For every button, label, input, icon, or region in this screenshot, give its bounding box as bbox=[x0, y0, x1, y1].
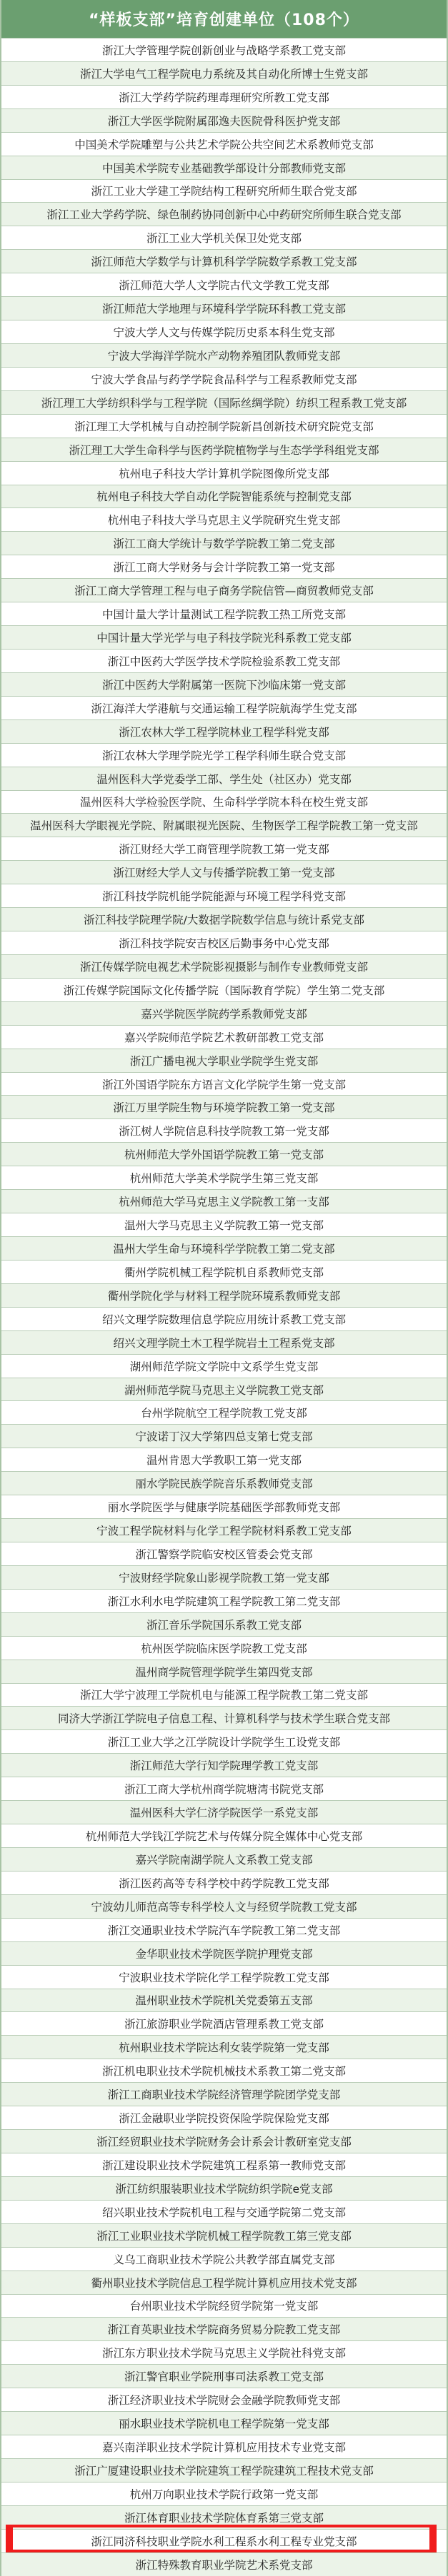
table-row: 温州商学院管理学院学生第四党支部 bbox=[1, 1660, 447, 1683]
table-row: 中国美术学院专业基础教学部设计分部教师党支部 bbox=[1, 156, 447, 179]
table-row: 宁波诺丁汉大学第四总支第七党支部 bbox=[1, 1424, 447, 1448]
branch-name: 丽水职业技术学院机电工程学院第一党支部 bbox=[119, 2415, 329, 2431]
branch-name: 温州医科大学眼视光学院、附属眼视光医院、生物医学工程学院教工第一党支部 bbox=[30, 817, 418, 833]
branch-name: 温州大学马克思主义学院教工第一党支部 bbox=[124, 1217, 324, 1233]
branch-name: 浙江东方职业技术学院马克思主义学院社科党支部 bbox=[102, 2345, 346, 2360]
branch-name: 中国美术学院专业基础教学部设计分部教师党支部 bbox=[102, 160, 346, 176]
branch-name: 浙江树人学院信息科技学院教工第一党支部 bbox=[119, 1123, 329, 1138]
table-row: 杭州师范大学马克思主义学院教工第一支部 bbox=[1, 1189, 447, 1213]
table-row: 嘉兴南洋职业技术学院计算机应用技术专业党支部 bbox=[1, 2435, 447, 2458]
table-row: 浙江大学电气工程学院电力系统及其自动化所博士生党支部 bbox=[1, 61, 447, 85]
table-row: 杭州师范大学钱江学院艺术与传媒分院全媒体中心党支部 bbox=[1, 1824, 447, 1847]
table-row: 宁波职业技术学院化学工程学院教工党支部 bbox=[1, 1965, 447, 1989]
table-row: 浙江科技学院理学院/大数据学院数学信息与统计系党支部 bbox=[1, 907, 447, 931]
branch-name: 衢州职业技术学院信息工程学院计算机应用技术党支部 bbox=[91, 2275, 357, 2290]
table-row: 浙江海洋大学港航与交通运输工程学院航海学生党支部 bbox=[1, 696, 447, 719]
branch-name: 浙江工业大学药学院、绿色制药协同创新中心中药研究所师生联合党支部 bbox=[46, 206, 401, 222]
branch-name: 杭州职业技术学院达利女装学院第一党支部 bbox=[119, 2039, 329, 2055]
table-row: 中国计量大学计量测试工程学院教工热工所党支部 bbox=[1, 602, 447, 625]
branch-name: 浙江水利水电学院建筑工程学院教工第二党支部 bbox=[108, 1593, 341, 1609]
table-row: 浙江大学宁波理工学院机电与能源工程学院教工第二党支部 bbox=[1, 1683, 447, 1707]
table-row: 浙江师范大学数学与计算机科学学院数学系教工党支部 bbox=[1, 249, 447, 273]
table-row: 嘉兴学院师范学院艺术教研部教工党支部 bbox=[1, 1025, 447, 1049]
table-row: 浙江交通职业技术学院汽车学院教工第二党支部 bbox=[1, 1918, 447, 1941]
branch-name: 浙江工商大学管理工程与电子商务学院信管—商贸教师党支部 bbox=[74, 582, 374, 598]
table-row: 丽水学院医学与健康学院基础医学部教师党支部 bbox=[1, 1495, 447, 1518]
branch-name: 浙江财经大学人文与传播学院教工第一党支部 bbox=[113, 864, 334, 880]
table-row: 浙江东方职业技术学院马克思主义学院社科党支部 bbox=[1, 2340, 447, 2364]
branch-name: 浙江工商大学财务与会计学院教工第一党支部 bbox=[113, 559, 334, 575]
branch-name: 浙江广厦建设职业技术学院建筑工程学院建筑工程技术党支部 bbox=[74, 2463, 374, 2478]
branch-name: 杭州师范大学马克思主义学院教工第一支部 bbox=[119, 1193, 329, 1209]
table-row: 浙江工商大学杭州商学院塘湾书院党支部 bbox=[1, 1777, 447, 1800]
branch-name: 湖州师范学院文学院中文系学生党支部 bbox=[130, 1358, 319, 1374]
table-row: 浙江师范大学地理与环境科学学院环科教工党支部 bbox=[1, 296, 447, 320]
branch-name: 浙江海洋大学港航与交通运输工程学院航海学生党支部 bbox=[91, 700, 357, 716]
table-row: 浙江师范大学人文学院古代文学教工党支部 bbox=[1, 273, 447, 296]
branch-name: 浙江理工大学机械与自动控制学院新昌创新技术研究院党支部 bbox=[74, 418, 374, 434]
table-row: 浙江水利水电学院建筑工程学院教工第二党支部 bbox=[1, 1589, 447, 1612]
table-row: 浙江中医药大学附属第一医院下沙临床第一党支部 bbox=[1, 672, 447, 696]
table-row: 杭州电子科技大学计算机学院图像所党支部 bbox=[1, 461, 447, 485]
table-row: 杭州电子科技大学自动化学院智能系统与控制党支部 bbox=[1, 485, 447, 508]
branch-name: 浙江农林大学理学院光学工程学科师生联合党支部 bbox=[102, 747, 346, 763]
branch-name: 嘉兴学院南湖学院人文系教工党支部 bbox=[135, 1852, 312, 1867]
branch-name: 丽水学院医学与健康学院基础医学部教师党支部 bbox=[108, 1499, 341, 1515]
branch-name: 绍兴文理学院土木工程学院岩土工程系党支部 bbox=[113, 1335, 334, 1350]
branch-name: 丽水学院民族学院音乐系教师党支部 bbox=[135, 1475, 312, 1491]
branch-name: 浙江大学宁波理工学院机电与能源工程学院教工第二党支部 bbox=[80, 1687, 368, 1702]
table-row: 浙江农林大学工程学院林业工程学科党支部 bbox=[1, 719, 447, 743]
branch-name: 浙江科技学院机能学院能源与环境工程学科党支部 bbox=[102, 888, 346, 904]
table-row: 浙江工业大学机关保卫处党支部 bbox=[1, 226, 447, 249]
table-row: 杭州师范大学美术学院学生第三党支部 bbox=[1, 1166, 447, 1189]
table-row: 宁波幼儿师范高等专科学校人文与经贸学院教工党支部 bbox=[1, 1894, 447, 1918]
branch-name: 浙江医药高等专科学校中药学院教工党支部 bbox=[119, 1875, 329, 1891]
branch-name: 嘉兴学院师范学院艺术教研部教工党支部 bbox=[124, 1029, 324, 1045]
branch-name: 浙江工业大学机关保卫处党支部 bbox=[146, 230, 302, 246]
table-row: 温州职业技术学院机关党委第五支部 bbox=[1, 1989, 447, 2012]
branch-name: 义乌工商职业技术学院公共教学部直属党支部 bbox=[113, 2251, 334, 2267]
branch-name: 中国计量大学计量测试工程学院教工热工所党支部 bbox=[102, 606, 346, 622]
branch-name: 宁波职业技术学院化学工程学院教工党支部 bbox=[119, 1969, 329, 1985]
branch-name: 绍兴职业技术学院机电工程与交通学院第二党支部 bbox=[102, 2204, 346, 2220]
branch-name: 绍兴文理学院数理信息学院应用统计系教工党支部 bbox=[102, 1311, 346, 1327]
table-row: 浙江农林大学理学院光学工程学科师生联合党支部 bbox=[1, 743, 447, 767]
branch-name: 温州大学生命与环境科学学院教工第二党支部 bbox=[113, 1241, 334, 1256]
table-row: 浙江特殊教育职业学院艺术系党支部 bbox=[1, 2552, 447, 2576]
branch-name: 宁波大学人文与传媒学院历史系本科生党支部 bbox=[113, 324, 334, 340]
branch-name: 杭州电子科技大学马克思主义学院研究生党支部 bbox=[108, 512, 341, 527]
table-row: 宁波财经学院象山影视学院教工第一党支部 bbox=[1, 1565, 447, 1589]
branch-name: 同济大学浙江学院电子信息工程、计算机科学与技术学生联合党支部 bbox=[58, 1710, 390, 1726]
table-row: 浙江工商大学管理工程与电子商务学院信管—商贸教师党支部 bbox=[1, 578, 447, 602]
table-row: 金华职业技术学院医学院护理党支部 bbox=[1, 1941, 447, 1965]
branch-name: 温州职业技术学院机关党委第五支部 bbox=[135, 1992, 312, 2008]
table-row: 浙江机电职业技术学院机械技术系教工第二党支部 bbox=[1, 2059, 447, 2082]
table-row: 浙江建设职业技术学院建筑工程系第一教师党支部 bbox=[1, 2153, 447, 2176]
branch-name: 温州医科大学检验医学院、生命科学学院本科在校生党支部 bbox=[80, 794, 368, 809]
branch-name: 宁波财经学院象山影视学院教工第一党支部 bbox=[119, 1570, 329, 1585]
table-row: 中国美术学院雕塑与公共艺术学院公共空间艺术系教师党支部 bbox=[1, 132, 447, 156]
table-row: 浙江广厦建设职业技术学院建筑工程学院建筑工程技术党支部 bbox=[1, 2458, 447, 2482]
branch-name: 浙江建设职业技术学院建筑工程系第一教师党支部 bbox=[102, 2157, 346, 2173]
table-row: 浙江科技学院机能学院能源与环境工程学科党支部 bbox=[1, 884, 447, 907]
branch-name: 浙江科技学院理学院/大数据学院数学信息与统计系党支部 bbox=[84, 911, 364, 927]
table-row: 浙江经济职业技术学院财会金融学院教师党支部 bbox=[1, 2388, 447, 2411]
branch-name: 浙江广播电视大学职业学院学生党支部 bbox=[130, 1053, 319, 1069]
table-row: 浙江传媒学院电视艺术学院影视摄影与制作专业教师党支部 bbox=[1, 954, 447, 978]
table-row: 温州医科大学党委学工部、学生处（社区办）党支部 bbox=[1, 767, 447, 790]
table-row: 杭州医学院临床医学院教工党支部 bbox=[1, 1636, 447, 1660]
branch-name: 浙江科技学院安吉校区后勤事务中心党支部 bbox=[119, 935, 329, 951]
table-row: 浙江万里学院生物与环境学院教工第一党支部 bbox=[1, 1095, 447, 1118]
table-row: 浙江医药高等专科学校中药学院教工党支部 bbox=[1, 1871, 447, 1894]
table-body: 浙江大学管理学院创新创业与战略学系教工党支部浙江大学电气工程学院电力系统及其自动… bbox=[1, 38, 447, 2576]
table-row: 浙江体育职业技术学院体育系第三党支部 bbox=[1, 2505, 447, 2529]
branch-name: 宁波工程学院材料与化学工程学院材料系教工党支部 bbox=[96, 1522, 352, 1538]
table-row: 温州医科大学眼视光学院、附属眼视光医院、生物医学工程学院教工第一党支部 bbox=[1, 813, 447, 837]
table-row-highlighted: 浙江同济科技职业学院水利工程系水利工程专业党支部 bbox=[1, 2529, 447, 2552]
branch-name: 浙江经贸职业技术学院财务会计系会计教研室党支部 bbox=[96, 2133, 352, 2149]
branch-name: 浙江农林大学工程学院林业工程学科党支部 bbox=[119, 724, 329, 739]
branch-name: 浙江理工大学生命科学与医药学院植物学与生态学学科组党支部 bbox=[69, 442, 379, 458]
branch-name: 浙江工业大学之江学院设计学院学生工设党支部 bbox=[108, 1734, 341, 1749]
table-row: 宁波大学人文与传媒学院历史系本科生党支部 bbox=[1, 320, 447, 343]
table-row: 浙江工商职业技术学院经济管理学院团学党支部 bbox=[1, 2082, 447, 2106]
branch-name: 金华职业技术学院医学院护理党支部 bbox=[135, 1946, 312, 1961]
table-row: 浙江经贸职业技术学院财务会计系会计教研室党支部 bbox=[1, 2129, 447, 2153]
table-row: 绍兴文理学院土木工程学院岩土工程系党支部 bbox=[1, 1330, 447, 1354]
branch-name: 杭州万向职业技术学院行政第一党支部 bbox=[130, 2486, 319, 2502]
table-row: 湖州师范学院文学院中文系学生党支部 bbox=[1, 1354, 447, 1378]
branch-name: 衢州学院化学与材料工程学院环境系教师党支部 bbox=[108, 1288, 341, 1303]
table-row: 浙江广播电视大学职业学院学生党支部 bbox=[1, 1049, 447, 1072]
branch-name: 浙江师范大学行知学院理学教工党支部 bbox=[130, 1757, 319, 1773]
branch-name: 杭州师范大学外国语学院教工第一党支部 bbox=[124, 1146, 324, 1162]
branch-name: 浙江传媒学院国际文化传播学院（国际教育学院）学生第二党支部 bbox=[64, 982, 385, 998]
branch-name: 浙江音乐学院国乐系教工党支部 bbox=[146, 1617, 302, 1632]
branch-name: 温州医科大学仁济学院医学一系党支部 bbox=[130, 1804, 319, 1820]
table-row: 嘉兴学院南湖学院人文系教工党支部 bbox=[1, 1847, 447, 1871]
branch-name: 浙江特殊教育职业学院艺术系党支部 bbox=[135, 2557, 312, 2572]
table-row: 浙江传媒学院国际文化传播学院（国际教育学院）学生第二党支部 bbox=[1, 978, 447, 1001]
branch-name: 浙江育英职业技术学院商务贸易分院教工党支部 bbox=[108, 2321, 341, 2337]
branch-name: 浙江师范大学人文学院古代文学教工党支部 bbox=[119, 277, 329, 293]
table-row: 中国计量大学光学与电子科技学院光科系教工党支部 bbox=[1, 625, 447, 649]
table-row: 杭州师范大学外国语学院教工第一党支部 bbox=[1, 1142, 447, 1166]
table-row: 台州职业技术学院经贸学院第一党支部 bbox=[1, 2294, 447, 2318]
branch-name: 中国美术学院雕塑与公共艺术学院公共空间艺术系教师党支部 bbox=[74, 136, 374, 152]
branch-name: 浙江交通职业技术学院汽车学院教工第二党支部 bbox=[108, 1922, 341, 1938]
table-row: 浙江大学医学院附属邵逸夫医院骨科医护党支部 bbox=[1, 108, 447, 132]
branch-name: 杭州电子科技大学计算机学院图像所党支部 bbox=[119, 465, 329, 481]
branch-name: 浙江工商职业技术学院经济管理学院团学党支部 bbox=[108, 2086, 341, 2102]
branch-name: 杭州电子科技大学自动化学院智能系统与控制党支部 bbox=[96, 488, 352, 504]
branch-name: 浙江外国语学院东方语言文化学院学生第一党支部 bbox=[102, 1076, 346, 1092]
branch-name: 杭州师范大学钱江学院艺术与传媒分院全媒体中心党支部 bbox=[86, 1828, 363, 1844]
table-row: 嘉兴学院医学院药学系教师党支部 bbox=[1, 1001, 447, 1025]
branch-name: 浙江大学医学院附属邵逸夫医院骨科医护党支部 bbox=[108, 113, 341, 128]
table-row: 绍兴职业技术学院机电工程与交通学院第二党支部 bbox=[1, 2200, 447, 2223]
table-row: 浙江大学药学院药理毒理研究所教工党支部 bbox=[1, 85, 447, 108]
table-row: 宁波大学海洋学院水产动物养殖团队教师党支部 bbox=[1, 343, 447, 367]
table-row: 浙江工业大学之江学院设计学院学生工设党支部 bbox=[1, 1729, 447, 1753]
branch-name: 浙江工商大学杭州商学院塘湾书院党支部 bbox=[124, 1781, 324, 1797]
table-row: 浙江理工大学机械与自动控制学院新昌创新技术研究院党支部 bbox=[1, 414, 447, 438]
branch-name: 宁波大学海洋学院水产动物养殖团队教师党支部 bbox=[108, 348, 341, 363]
table-row: 浙江财经大学人文与传播学院教工第一党支部 bbox=[1, 860, 447, 884]
table-row: 杭州电子科技大学马克思主义学院研究生党支部 bbox=[1, 507, 447, 531]
branch-name: 杭州医学院临床医学院教工党支部 bbox=[141, 1640, 307, 1656]
branch-name: 浙江工业大学建工学院结构工程研究所师生联合党支部 bbox=[91, 183, 357, 198]
table-row: 浙江理工大学纺织科学与工程学院（国际丝绸学院）纺织工程系教工党支部 bbox=[1, 390, 447, 414]
table-row: 台州学院航空工程学院教工党支部 bbox=[1, 1400, 447, 1424]
table-title: “样板支部”培育创建单位（108个） bbox=[1, 0, 447, 38]
table-row: 浙江育英职业技术学院商务贸易分院教工党支部 bbox=[1, 2317, 447, 2340]
branch-name: 浙江理工大学纺织科学与工程学院（国际丝绸学院）纺织工程系教工党支部 bbox=[41, 395, 407, 410]
table-row: 丽水学院民族学院音乐系教师党支部 bbox=[1, 1471, 447, 1495]
branch-name: 浙江中医药大学医学技术学院检验系教工党支部 bbox=[108, 653, 341, 669]
branch-name: 浙江工商大学统计与数学学院教工第二党支部 bbox=[113, 535, 334, 551]
table-row: 衢州职业技术学院信息工程学院计算机应用技术党支部 bbox=[1, 2271, 447, 2294]
branch-name: 温州医科大学党委学工部、学生处（社区办）党支部 bbox=[96, 771, 352, 787]
branch-name: 湖州师范学院马克思主义学院教工党支部 bbox=[124, 1382, 324, 1398]
branch-name: 中国计量大学光学与电子科技学院光科系教工党支部 bbox=[96, 630, 352, 645]
branch-name: 浙江同济科技职业学院水利工程系水利工程专业党支部 bbox=[91, 2533, 357, 2549]
branch-name: 杭州师范大学美术学院学生第三党支部 bbox=[130, 1170, 319, 1186]
table-row: 浙江工商大学统计与数学学院教工第二党支部 bbox=[1, 531, 447, 555]
table-row: 温州医科大学仁济学院医学一系党支部 bbox=[1, 1800, 447, 1824]
table-row: 浙江警察学院临安校区管委会党支部 bbox=[1, 1542, 447, 1565]
table-row: 浙江外国语学院东方语言文化学院学生第一党支部 bbox=[1, 1072, 447, 1096]
branch-name: 温州肯恩大学教职工第一党支部 bbox=[146, 1452, 302, 1468]
table-row: 湖州师范学院马克思主义学院教工党支部 bbox=[1, 1378, 447, 1401]
table-row: 浙江科技学院安吉校区后勤事务中心党支部 bbox=[1, 931, 447, 954]
branch-name: 浙江中医药大学附属第一医院下沙临床第一党支部 bbox=[102, 677, 346, 692]
table-row: 温州医科大学检验医学院、生命科学学院本科在校生党支部 bbox=[1, 790, 447, 814]
table-row: 浙江树人学院信息科技学院教工第一党支部 bbox=[1, 1118, 447, 1142]
branch-name: 浙江传媒学院电视艺术学院影视摄影与制作专业教师党支部 bbox=[80, 959, 368, 974]
table-row: 丽水职业技术学院机电工程学院第一党支部 bbox=[1, 2411, 447, 2435]
table-row: 浙江工业职业技术学院机械工程学院教工第三党支部 bbox=[1, 2223, 447, 2247]
branch-name: 台州学院航空工程学院教工党支部 bbox=[141, 1405, 307, 1420]
branch-name: 浙江大学药学院药理毒理研究所教工党支部 bbox=[119, 89, 329, 105]
table-row: 绍兴文理学院数理信息学院应用统计系教工党支部 bbox=[1, 1307, 447, 1330]
table-row: 浙江师范大学行知学院理学教工党支部 bbox=[1, 1753, 447, 1777]
branch-name: 浙江纺织服装职业技术学院纺织学院e党支部 bbox=[115, 2181, 332, 2196]
table-row: 浙江大学管理学院创新创业与战略学系教工党支部 bbox=[1, 38, 447, 61]
branch-name: 宁波大学食品与药学学院食品科学与工程系教师党支部 bbox=[91, 371, 357, 387]
branch-name: 浙江机电职业技术学院机械技术系教工第二党支部 bbox=[102, 2063, 346, 2079]
table-row: 杭州职业技术学院达利女装学院第一党支部 bbox=[1, 2035, 447, 2059]
branch-name: 浙江大学电气工程学院电力系统及其自动化所博士生党支部 bbox=[80, 66, 368, 81]
branch-name: 浙江师范大学地理与环境科学学院环科教工党支部 bbox=[102, 300, 346, 316]
table-row: 浙江音乐学院国乐系教工党支部 bbox=[1, 1612, 447, 1636]
branch-name: 浙江工业职业技术学院机械工程学院教工第三党支部 bbox=[96, 2228, 352, 2243]
table-row: 宁波大学食品与药学学院食品科学与工程系教师党支部 bbox=[1, 367, 447, 390]
table-row: 浙江纺织服装职业技术学院纺织学院e党支部 bbox=[1, 2176, 447, 2200]
table-row: 温州大学生命与环境科学学院教工第二党支部 bbox=[1, 1236, 447, 1260]
table-row: 浙江理工大学生命科学与医药学院植物学与生态学学科组党支部 bbox=[1, 438, 447, 461]
branch-name: 浙江警官职业学院刑事司法系教工党支部 bbox=[124, 2368, 324, 2384]
table-row: 浙江工商大学财务与会计学院教工第一党支部 bbox=[1, 555, 447, 578]
branch-name: 嘉兴南洋职业技术学院计算机应用技术专业党支部 bbox=[102, 2439, 346, 2455]
table-row: 浙江警官职业学院刑事司法系教工党支部 bbox=[1, 2364, 447, 2388]
branch-list-table: “样板支部”培育创建单位（108个） 浙江大学管理学院创新创业与战略学系教工党支… bbox=[0, 0, 448, 2576]
branch-name: 浙江师范大学数学与计算机科学学院数学系教工党支部 bbox=[91, 253, 357, 269]
table-row: 浙江工业大学药学院、绿色制药协同创新中心中药研究所师生联合党支部 bbox=[1, 202, 447, 226]
table-row: 浙江财经大学工商管理学院教工第一党支部 bbox=[1, 837, 447, 860]
table-row: 浙江金融职业学院投资保险学院保险党支部 bbox=[1, 2106, 447, 2129]
branch-name: 浙江经济职业技术学院财会金融学院教师党支部 bbox=[108, 2392, 341, 2408]
table-row: 宁波工程学院材料与化学工程学院材料系教工党支部 bbox=[1, 1518, 447, 1542]
branch-name: 浙江体育职业技术学院体育系第三党支部 bbox=[124, 2510, 324, 2525]
branch-name: 浙江金融职业学院投资保险学院保险党支部 bbox=[119, 2110, 329, 2126]
branch-name: 浙江大学管理学院创新创业与战略学系教工党支部 bbox=[102, 42, 346, 58]
table-row: 同济大学浙江学院电子信息工程、计算机科学与技术学生联合党支部 bbox=[1, 1706, 447, 1729]
table-row: 浙江工业大学建工学院结构工程研究所师生联合党支部 bbox=[1, 179, 447, 203]
branch-name: 嘉兴学院医学院药学系教师党支部 bbox=[141, 1006, 307, 1021]
branch-name: 温州商学院管理学院学生第四党支部 bbox=[135, 1664, 312, 1680]
table-row: 衢州学院机械工程学院机自系教师党支部 bbox=[1, 1260, 447, 1283]
table-row: 浙江中医药大学医学技术学院检验系教工党支部 bbox=[1, 649, 447, 672]
table-row: 义乌工商职业技术学院公共教学部直属党支部 bbox=[1, 2247, 447, 2271]
table-row: 杭州万向职业技术学院行政第一党支部 bbox=[1, 2482, 447, 2505]
table-row: 浙江旅游职业学院酒店管理系教工党支部 bbox=[1, 2011, 447, 2035]
table-row: 温州大学马克思主义学院教工第一党支部 bbox=[1, 1213, 447, 1236]
branch-name: 宁波幼儿师范高等专科学校人文与经贸学院教工党支部 bbox=[91, 1899, 357, 1914]
branch-name: 浙江财经大学工商管理学院教工第一党支部 bbox=[119, 841, 329, 857]
branch-name: 宁波诺丁汉大学第四总支第七党支部 bbox=[135, 1428, 312, 1444]
table-row: 衢州学院化学与材料工程学院环境系教师党支部 bbox=[1, 1283, 447, 1307]
table-row: 温州肯恩大学教职工第一党支部 bbox=[1, 1448, 447, 1471]
branch-name: 台州职业技术学院经贸学院第一党支部 bbox=[130, 2298, 319, 2313]
branch-name: 浙江万里学院生物与环境学院教工第一党支部 bbox=[113, 1099, 334, 1115]
branch-name: 衢州学院机械工程学院机自系教师党支部 bbox=[124, 1264, 324, 1280]
branch-name: 浙江旅游职业学院酒店管理系教工党支部 bbox=[124, 2016, 324, 2031]
branch-name: 浙江警察学院临安校区管委会党支部 bbox=[135, 1546, 312, 1562]
